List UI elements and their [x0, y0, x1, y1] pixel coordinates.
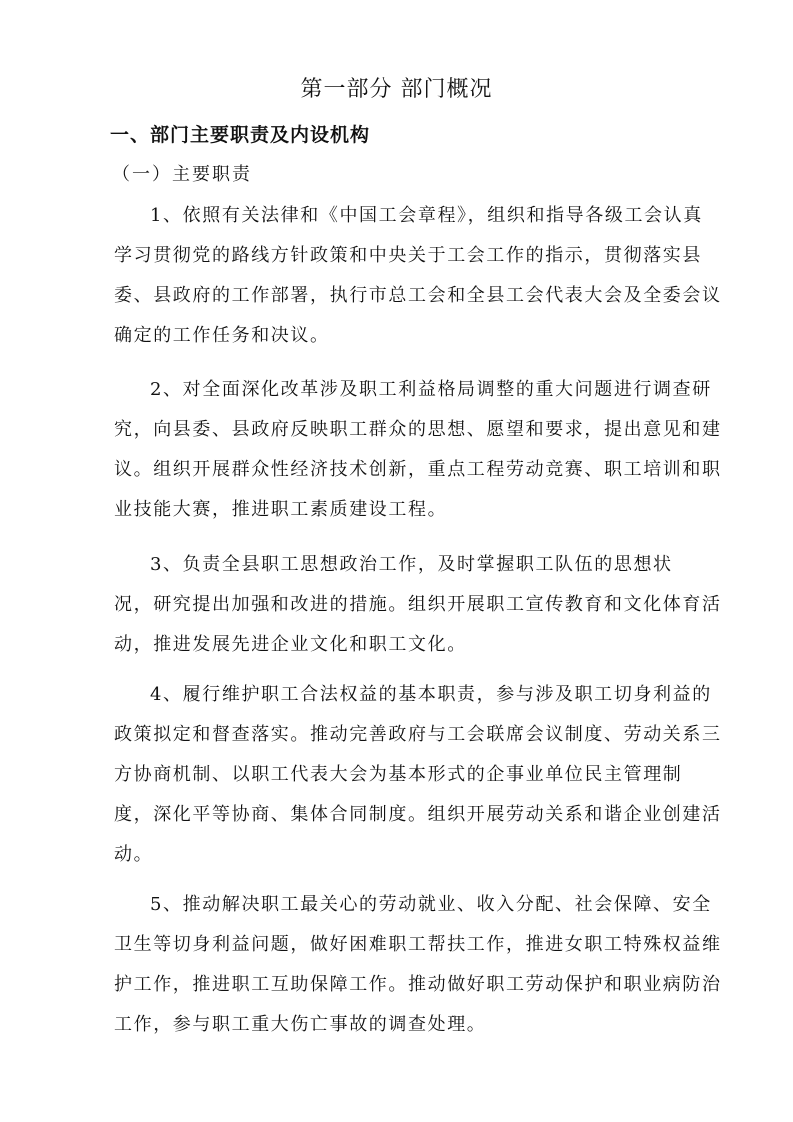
paragraph-line: 确定的工作任务和决议。 [114, 316, 734, 356]
subsection-heading: （一）主要职责 [112, 160, 252, 186]
paragraph-line: 业技能大赛，推进职工素质建设工程。 [114, 490, 734, 530]
paragraph-line: 工作，参与职工重大伤亡事故的调查处理。 [114, 1005, 734, 1045]
paragraph-line: 议。组织开展群众性经济技术创新，重点工程劳动竞赛、职工培训和职 [114, 450, 734, 490]
paragraph-line: 度，深化平等协商、集体合同制度。组织开展劳动关系和谐企业创建活 [114, 795, 734, 835]
paragraph-line: 4、履行维护职工合法权益的基本职责，参与涉及职工切身利益的 [114, 675, 734, 715]
paragraph-duty-1: 1、依照有关法律和《中国工会章程》，组织和指导各级工会认真 学习贯彻党的路线方针… [114, 196, 734, 356]
paragraph-line: 方协商机制、以职工代表大会为基本形式的企事业单位民主管理制 [114, 755, 734, 795]
paragraph-line: 究，向县委、县政府反映职工群众的思想、愿望和要求，提出意见和建 [114, 410, 734, 450]
paragraph-line: 1、依照有关法律和《中国工会章程》，组织和指导各级工会认真 [114, 196, 734, 236]
paragraph-duty-5: 5、推动解决职工最关心的劳动就业、收入分配、社会保障、安全 卫生等切身利益问题，… [114, 885, 734, 1045]
paragraph-line: 学习贯彻党的路线方针政策和中央关于工会工作的指示，贯彻落实县 [114, 236, 734, 276]
page-title: 第一部分 部门概况 [0, 72, 793, 103]
document-page: 第一部分 部门概况 一、部门主要职责及内设机构 （一）主要职责 1、依照有关法律… [0, 0, 793, 1122]
paragraph-line: 委、县政府的工作部署，执行市总工会和全县工会代表大会及全委会议 [114, 276, 734, 316]
paragraph-duty-2: 2、对全面深化改革涉及职工利益格局调整的重大问题进行调查研 究，向县委、县政府反… [114, 370, 734, 530]
paragraph-line: 2、对全面深化改革涉及职工利益格局调整的重大问题进行调查研 [114, 370, 734, 410]
paragraph-duty-4: 4、履行维护职工合法权益的基本职责，参与涉及职工切身利益的 政策拟定和督查落实。… [114, 675, 734, 875]
paragraph-line: 卫生等切身利益问题，做好困难职工帮扶工作，推进女职工特殊权益维 [114, 925, 734, 965]
section-heading: 一、部门主要职责及内设机构 [110, 120, 370, 147]
paragraph-line: 政策拟定和督查落实。推动完善政府与工会联席会议制度、劳动关系三 [114, 715, 734, 755]
paragraph-line: 5、推动解决职工最关心的劳动就业、收入分配、社会保障、安全 [114, 885, 734, 925]
paragraph-line: 3、负责全县职工思想政治工作，及时掌握职工队伍的思想状 [114, 545, 734, 585]
paragraph-line: 动，推进发展先进企业文化和职工文化。 [114, 625, 734, 665]
paragraph-duty-3: 3、负责全县职工思想政治工作，及时掌握职工队伍的思想状 况，研究提出加强和改进的… [114, 545, 734, 665]
paragraph-line: 护工作，推进职工互助保障工作。推动做好职工劳动保护和职业病防治 [114, 965, 734, 1005]
paragraph-line: 况，研究提出加强和改进的措施。组织开展职工宣传教育和文化体育活 [114, 585, 734, 625]
paragraph-line: 动。 [114, 835, 734, 875]
